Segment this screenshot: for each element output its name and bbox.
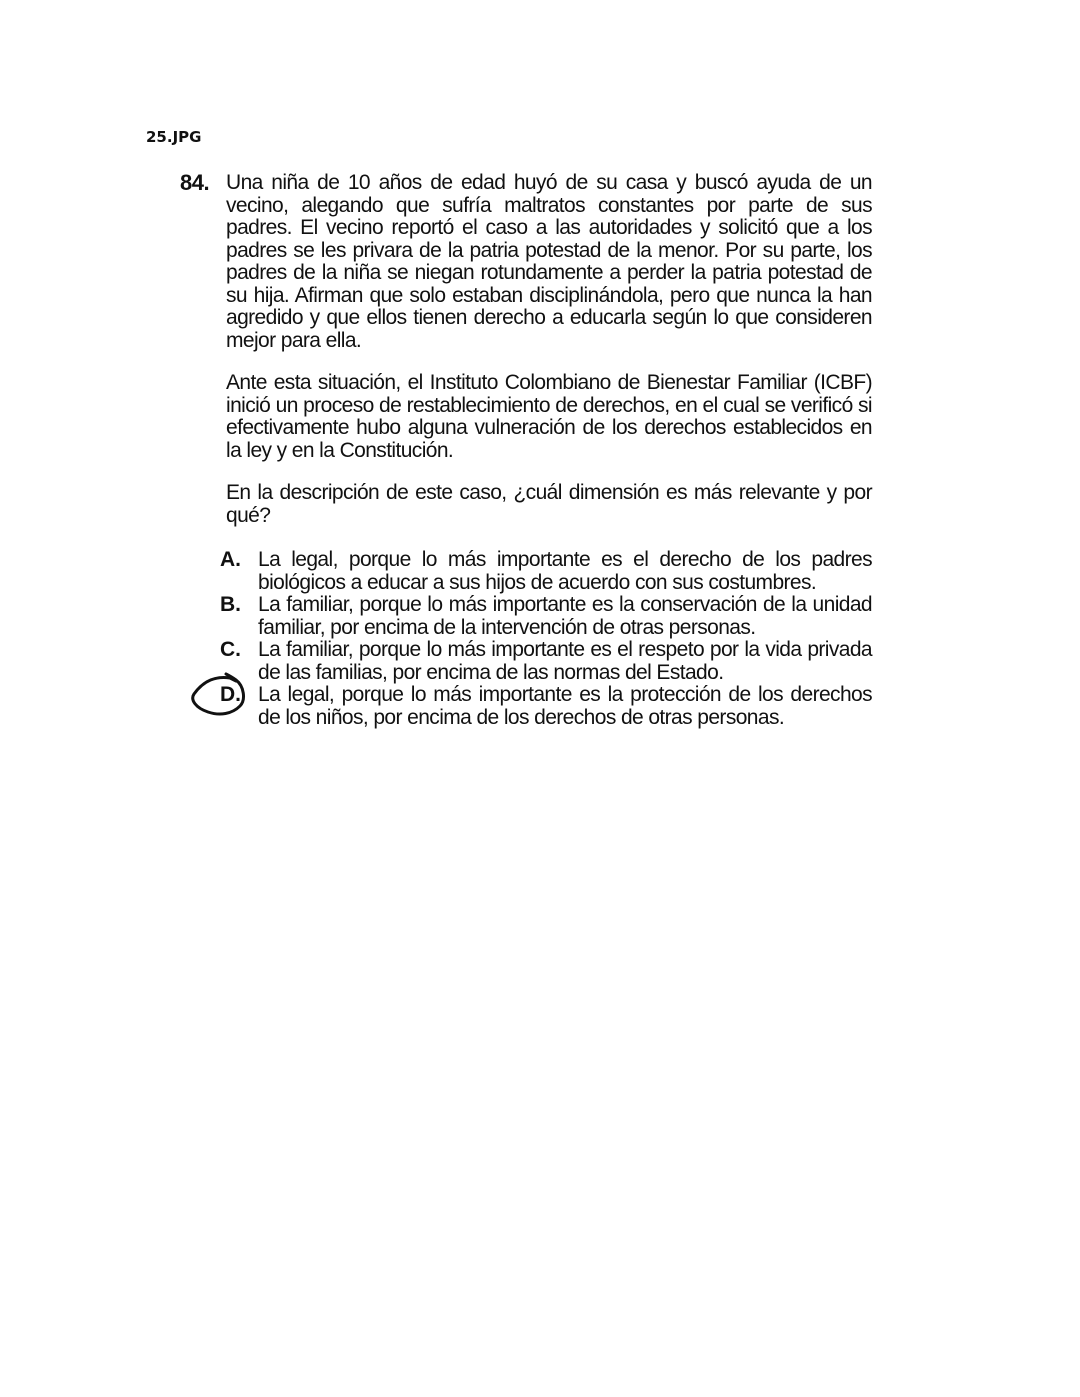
option-text: La legal, porque lo más importante es el… xyxy=(258,549,872,594)
option-letter: C. xyxy=(220,639,258,684)
option-text: La familiar, porque lo más importante es… xyxy=(258,594,872,639)
option-letter: D. xyxy=(220,684,258,729)
option-a[interactable]: A. La legal, porque lo más importante es… xyxy=(220,549,872,594)
option-d-selected[interactable]: D. La legal, porque lo más importante es… xyxy=(220,684,872,729)
option-text: La legal, porque lo más importante es la… xyxy=(258,684,872,729)
question-84: 84. Una niña de 10 años de edad huyó de … xyxy=(180,172,872,729)
option-b[interactable]: B. La familiar, porque lo más importante… xyxy=(220,594,872,639)
option-text: La familiar, porque lo más importante es… xyxy=(258,639,872,684)
file-name-label: 25.JPG xyxy=(146,128,201,146)
question-prompt: En la descripción de este caso, ¿cuál di… xyxy=(226,482,872,527)
question-paragraph-1: Una niña de 10 años de edad huyó de su c… xyxy=(226,172,872,352)
option-c[interactable]: C. La familiar, porque lo más importante… xyxy=(220,639,872,684)
question-paragraph-2: Ante esta situación, el Instituto Colomb… xyxy=(226,372,872,462)
answer-options: A. La legal, porque lo más importante es… xyxy=(220,549,872,729)
option-letter: B. xyxy=(220,594,258,639)
option-letter: A. xyxy=(220,549,258,594)
question-number: 84. xyxy=(180,172,226,352)
